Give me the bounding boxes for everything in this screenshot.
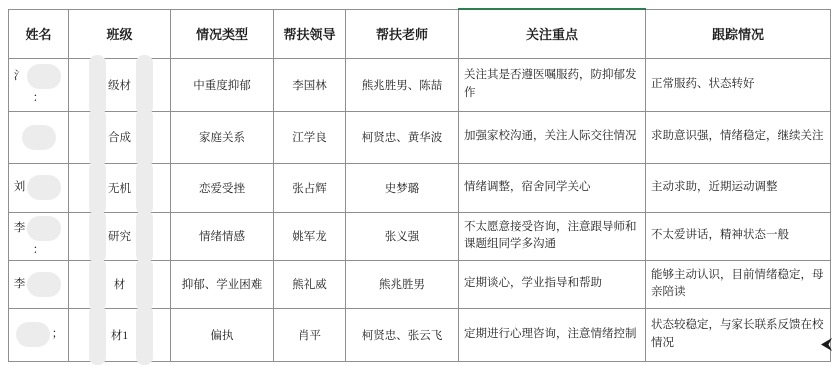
- header-class[interactable]: 班级: [69, 9, 171, 58]
- name-fragment: 刘: [14, 181, 26, 193]
- redaction-blob: [136, 305, 153, 364]
- class-cell[interactable]: 级材: [69, 58, 171, 111]
- header-situation-type[interactable]: 情况类型: [171, 9, 274, 58]
- situation-type-cell[interactable]: 抑郁、学业困难: [171, 260, 274, 308]
- header-focus[interactable]: 关注重点: [459, 9, 646, 58]
- header-tracking[interactable]: 跟踪情况: [646, 9, 831, 58]
- table-body: 氵：级材中重度抑郁李国林熊兆胜男、陈喆关注其是否遵医嘱服药，防抑郁发作正常服药、…: [9, 58, 831, 361]
- focus-cell[interactable]: 定期进行心理咨询，注意情绪控制: [459, 308, 646, 361]
- tracking-cell[interactable]: 状态较稳定，与家长联系反馈在校情况: [646, 308, 831, 361]
- redaction-blob: [89, 305, 106, 364]
- situation-type-cell[interactable]: 偏执: [171, 308, 274, 361]
- redaction-blob: [89, 108, 106, 166]
- class-fragment: 材1: [111, 330, 128, 342]
- situation-type-cell[interactable]: 恋爱受挫: [171, 163, 274, 212]
- focus-cell[interactable]: 情绪调整，宿舍同学关心: [459, 163, 646, 212]
- table-row: 合成家庭关系江学良柯贤忠、黄华波加强家校沟通，关注人际交往情况求助意识强，情绪稳…: [9, 111, 831, 163]
- redaction-blob: [22, 125, 56, 150]
- support-leader-cell[interactable]: 李国林: [274, 58, 346, 111]
- redaction-blob: [27, 272, 61, 297]
- table-row: 李材抑郁、学业困难熊礼威熊兆胜男定期谈心，学业指导和帮助能够主动认识，目前情绪稳…: [9, 260, 831, 308]
- support-teacher-cell[interactable]: 史梦璐: [346, 163, 459, 212]
- support-leader-cell[interactable]: 张占辉: [274, 163, 346, 212]
- class-fragment: 材: [114, 279, 126, 291]
- name-fragment: 李: [14, 278, 26, 290]
- redaction-blob: [136, 210, 153, 264]
- name-cell[interactable]: 刘: [9, 163, 69, 212]
- tracking-cell[interactable]: 不太爱讲话，精神状态一般: [646, 212, 831, 260]
- redaction-blob: [27, 175, 61, 200]
- header-support-leader[interactable]: 帮扶领导: [274, 9, 346, 58]
- student-support-table: 姓名 班级 情况类型 帮扶领导 帮扶老师 关注重点 跟踪情况 氵：级材中重度抑郁…: [8, 8, 831, 362]
- focus-cell[interactable]: 关注其是否遵医嘱服药，防抑郁发作: [459, 58, 646, 111]
- redaction-blob: [89, 258, 106, 312]
- name-cell[interactable]: ；: [9, 308, 69, 361]
- name-cell[interactable]: 氵：: [9, 58, 69, 111]
- redaction-blob: [136, 55, 153, 114]
- redaction-blob: [136, 108, 153, 166]
- support-teacher-cell[interactable]: 柯贤忠、张云飞: [346, 308, 459, 361]
- header-name[interactable]: 姓名: [9, 9, 69, 58]
- support-teacher-cell[interactable]: 熊兆胜男、陈喆: [346, 58, 459, 111]
- support-teacher-cell[interactable]: 柯贤忠、黄华波: [346, 111, 459, 163]
- tracking-cell[interactable]: 能够主动认识，目前情绪稳定，母亲陪读: [646, 260, 831, 308]
- redaction-blob: [27, 64, 61, 89]
- name-cell[interactable]: 李：: [9, 212, 69, 260]
- redaction-blob: [89, 161, 106, 216]
- class-cell[interactable]: 材: [69, 260, 171, 308]
- support-teacher-cell[interactable]: 张义强: [346, 212, 459, 260]
- redaction-blob: [89, 55, 106, 114]
- tracking-cell[interactable]: 求助意识强，情绪稳定，继续关注: [646, 111, 831, 163]
- support-leader-cell[interactable]: 姚军龙: [274, 212, 346, 260]
- tracking-cell[interactable]: 正常服药、状态转好: [646, 58, 831, 111]
- name-cell[interactable]: 李: [9, 260, 69, 308]
- focus-cell[interactable]: 不太愿意接受咨询，注意跟导师和课题组同学多沟通: [459, 212, 646, 260]
- support-leader-cell[interactable]: 江学良: [274, 111, 346, 163]
- class-cell[interactable]: 合成: [69, 111, 171, 163]
- name-fragment: ：: [33, 92, 45, 104]
- situation-type-cell[interactable]: 情绪情感: [171, 212, 274, 260]
- focus-cell[interactable]: 加强家校沟通，关注人际交往情况: [459, 111, 646, 163]
- name-fragment: 李: [14, 222, 26, 234]
- redaction-blob: [136, 161, 153, 216]
- class-cell[interactable]: 研究: [69, 212, 171, 260]
- class-cell[interactable]: 材1: [69, 308, 171, 361]
- redaction-blob: [27, 216, 61, 241]
- focus-cell[interactable]: 定期谈心，学业指导和帮助: [459, 260, 646, 308]
- table-row: 氵：级材中重度抑郁李国林熊兆胜男、陈喆关注其是否遵医嘱服药，防抑郁发作正常服药、…: [9, 58, 831, 111]
- tracking-cell[interactable]: 主动求助，近期运动调整: [646, 163, 831, 212]
- support-teacher-cell[interactable]: 熊兆胜男: [346, 260, 459, 308]
- name-cell[interactable]: [9, 111, 69, 163]
- header-support-teacher[interactable]: 帮扶老师: [346, 9, 459, 58]
- class-cell[interactable]: 无机: [69, 163, 171, 212]
- header-row: 姓名 班级 情况类型 帮扶领导 帮扶老师 关注重点 跟踪情况: [9, 9, 831, 58]
- table-row: 李：研究情绪情感姚军龙张义强不太愿意接受咨询，注意跟导师和课题组同学多沟通不太爱…: [9, 212, 831, 260]
- class-fragment: 无机: [108, 183, 131, 195]
- mouse-cursor-icon: [820, 337, 833, 357]
- redaction-blob: [89, 210, 106, 264]
- support-leader-cell[interactable]: 肖平: [274, 308, 346, 361]
- situation-type-cell[interactable]: 家庭关系: [171, 111, 274, 163]
- redaction-blob: [16, 322, 50, 347]
- table-row: 刘无机恋爱受挫张占辉史梦璐情绪调整，宿舍同学关心主动求助，近期运动调整: [9, 163, 831, 212]
- support-leader-cell[interactable]: 熊礼威: [274, 260, 346, 308]
- name-fragment: 氵: [14, 70, 26, 82]
- situation-type-cell[interactable]: 中重度抑郁: [171, 58, 274, 111]
- redaction-blob: [136, 258, 153, 312]
- class-fragment: 合成: [108, 132, 131, 144]
- table-row: ；材1偏执肖平柯贤忠、张云飞定期进行心理咨询，注意情绪控制状态较稳定，与家长联系…: [9, 308, 831, 361]
- spreadsheet-region: 姓名 班级 情况类型 帮扶领导 帮扶老师 关注重点 跟踪情况 氵：级材中重度抑郁…: [8, 8, 831, 362]
- class-fragment: 级材: [108, 80, 131, 92]
- name-fragment: ；: [52, 328, 64, 340]
- name-fragment: ：: [33, 244, 45, 256]
- class-fragment: 研究: [108, 231, 131, 243]
